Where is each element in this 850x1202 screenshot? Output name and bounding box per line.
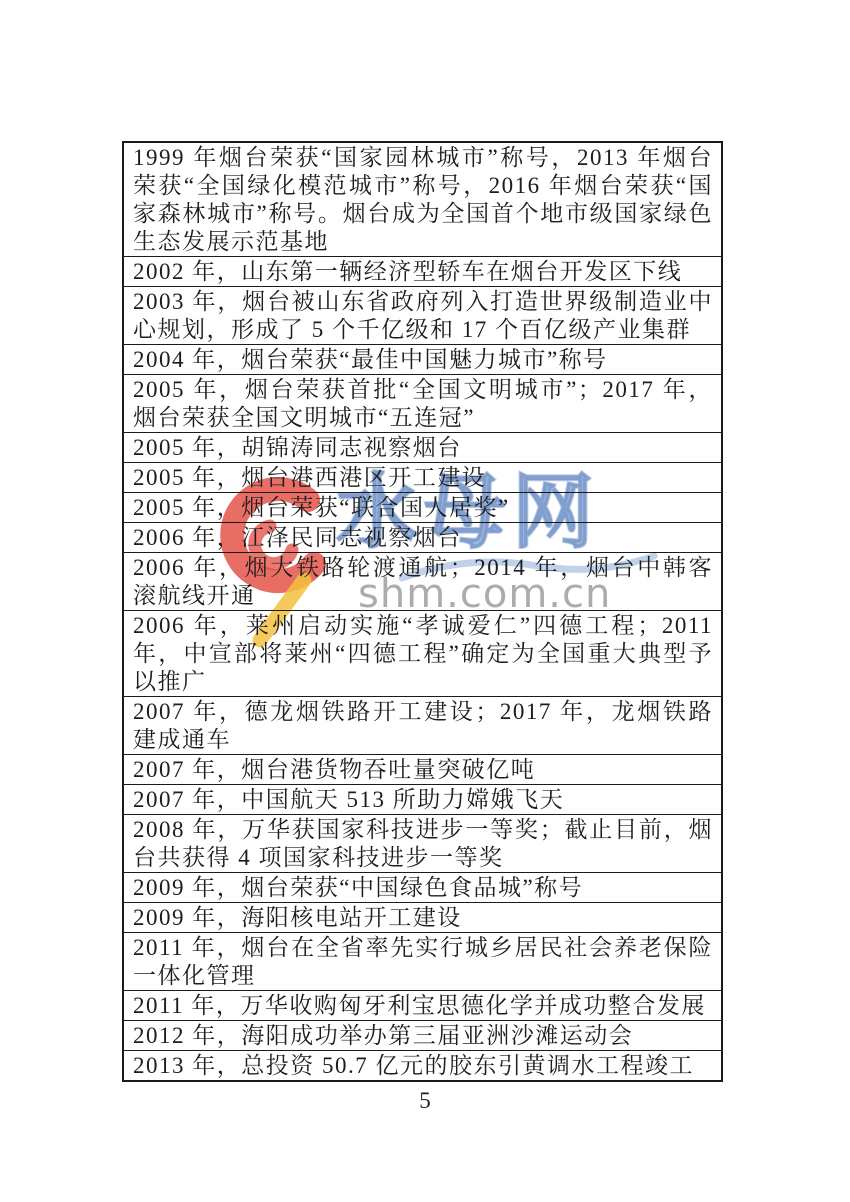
table-row: 2009 年，海阳核电站开工建设 <box>124 903 721 933</box>
table-row: 2002 年，山东第一辆经济型轿车在烟台开发区下线 <box>124 257 721 287</box>
table-row: 2009 年，烟台荣获“中国绿色食品城”称号 <box>124 873 721 903</box>
table-row: 2013 年，总投资 50.7 亿元的胶东引黄调水工程竣工 <box>124 1051 721 1080</box>
table-row: 2006 年，烟大铁路轮渡通航；2014 年，烟台中韩客滚航线开通 <box>124 553 721 611</box>
table-row: 2011 年，万华收购匈牙利宝思德化学并成功整合发展 <box>124 991 721 1021</box>
table-row: 2012 年，海阳成功举办第三届亚洲沙滩运动会 <box>124 1021 721 1051</box>
table-row: 2005 年，烟台港西港区开工建设 <box>124 463 721 493</box>
table-row: 2008 年，万华获国家科技进步一等奖；截止目前，烟台共获得 4 项国家科技进步… <box>124 815 721 873</box>
document-page: 水母网 shm.com.cn 1999 年烟台荣获“国家园林城市”称号，2013… <box>0 0 850 1202</box>
table-row: 2007 年，德龙烟铁路开工建设；2017 年，龙烟铁路建成通车 <box>124 697 721 755</box>
table-row: 2004 年，烟台荣获“最佳中国魅力城市”称号 <box>124 345 721 375</box>
table-row: 2005 年，烟台荣获首批“全国文明城市”；2017 年，烟台荣获全国文明城市“… <box>124 375 721 433</box>
table-row: 2005 年，烟台荣获“联合国人居奖” <box>124 493 721 523</box>
table-row: 2007 年，中国航天 513 所助力嫦娥飞天 <box>124 785 721 815</box>
table-row: 2006 年，莱州启动实施“孝诚爱仁”四德工程；2011 年，中宣部将莱州“四德… <box>124 611 721 697</box>
table-row: 2003 年，烟台被山东省政府列入打造世界级制造业中心规划，形成了 5 个千亿级… <box>124 287 721 345</box>
table-row: 1999 年烟台荣获“国家园林城市”称号，2013 年烟台荣获“全国绿化模范城市… <box>124 143 721 257</box>
table-row: 2011 年，烟台在全省率先实行城乡居民社会养老保险一体化管理 <box>124 933 721 991</box>
events-table: 1999 年烟台荣获“国家园林城市”称号，2013 年烟台荣获“全国绿化模范城市… <box>122 141 723 1082</box>
table-row: 2005 年，胡锦涛同志视察烟台 <box>124 433 721 463</box>
page-number: 5 <box>0 1088 850 1114</box>
table-row: 2006 年，江泽民同志视察烟台 <box>124 523 721 553</box>
table-row: 2007 年，烟台港货物吞吐量突破亿吨 <box>124 755 721 785</box>
